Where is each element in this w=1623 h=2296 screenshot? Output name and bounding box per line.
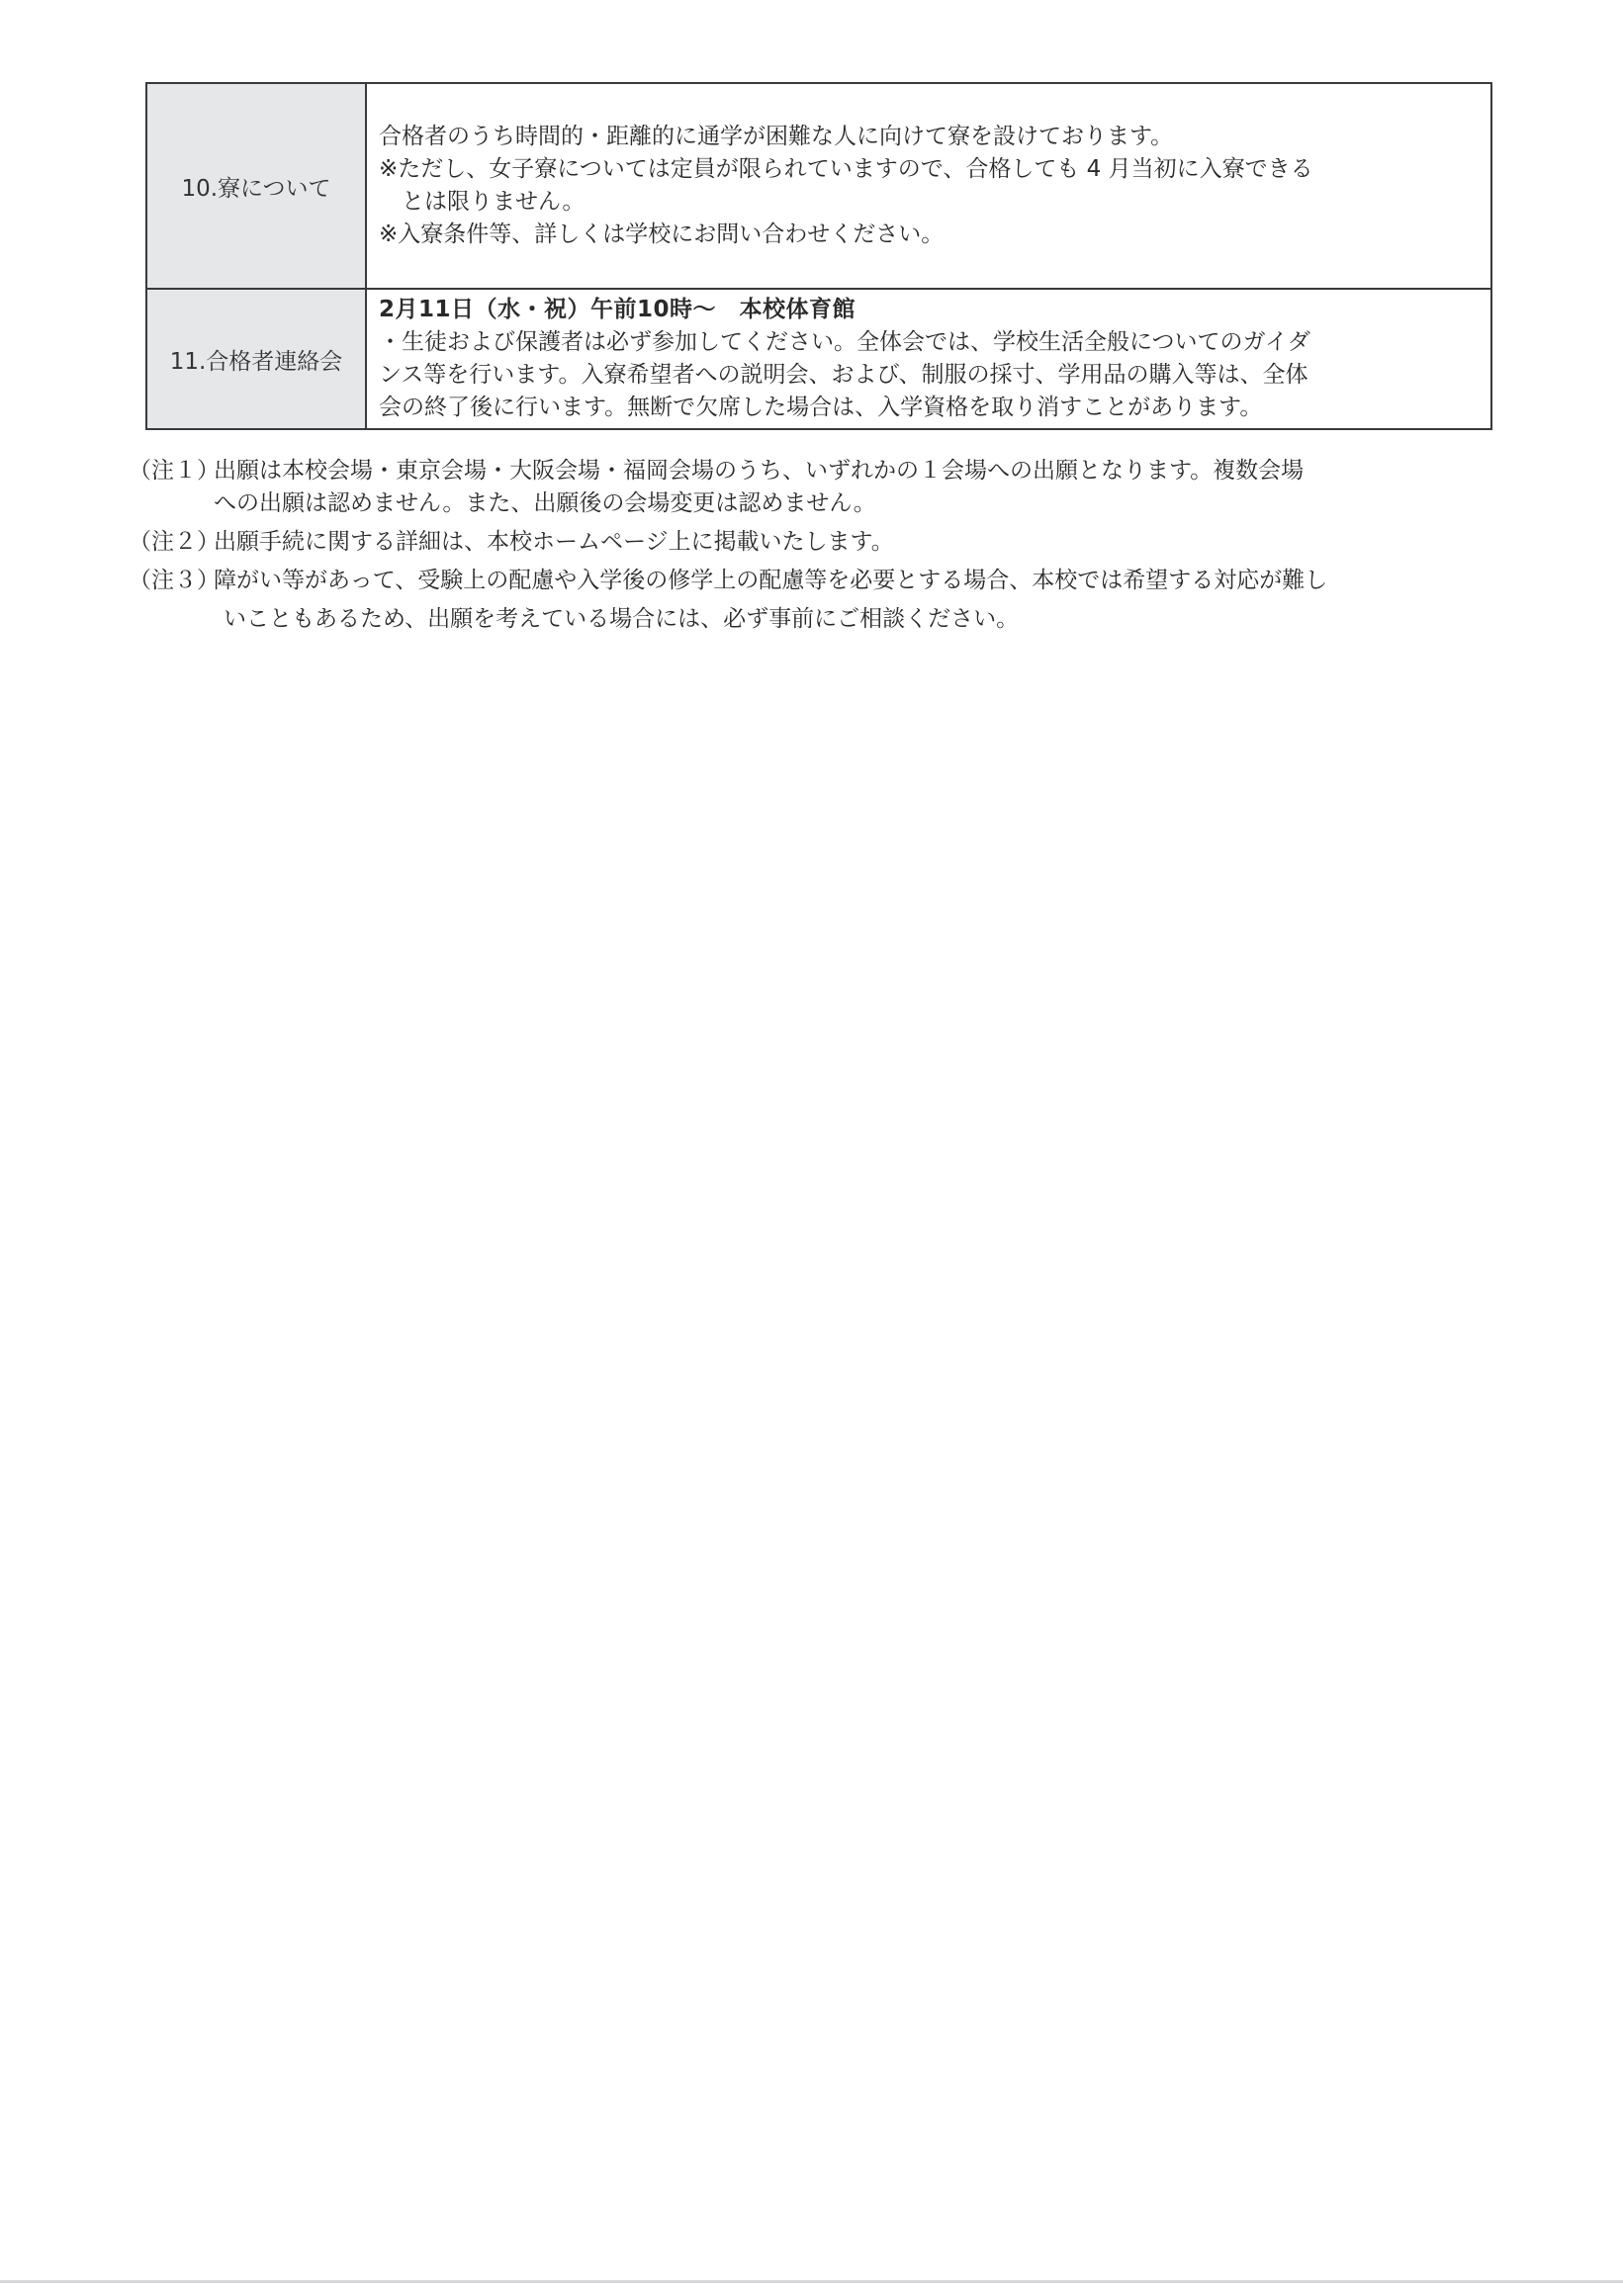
table-row-orientation-meeting: 11.合格者連絡会 2月11日（水・祝）午前10時～ 本校体育館 ・生徒および保… [146, 289, 1491, 429]
row-label-dormitory: 10.寮について [146, 83, 366, 289]
row-content-orientation-meeting: 2月11日（水・祝）午前10時～ 本校体育館 ・生徒および保護者は必ず参加してく… [366, 289, 1491, 429]
footnote-3: （注３） 障がい等があって、受験上の配慮や入学後の修学上の配慮等を必要とする場合… [129, 565, 1513, 636]
footnote-body: 障がい等があって、受験上の配慮や入学後の修学上の配慮等を必要とする場合、本校では… [214, 565, 1513, 636]
footnotes: （注１） 出願は本校会場・東京会場・大阪会場・福岡会場のうち、いずれかの１会場へ… [129, 455, 1513, 642]
document-page: 10.寮について 合格者のうち時間的・距離的に通学が困難な人に向けて寮を設けてお… [0, 0, 1623, 2296]
meeting-line-1: ・生徒および保護者は必ず参加してください。全体会では、学校生活全般についてのガイ… [379, 326, 1477, 359]
meeting-date-heading: 2月11日（水・祝）午前10時～ 本校体育館 [379, 294, 1477, 326]
footnote-2: （注２） 出願手続に関する詳細は、本校ホームページ上に掲載いたします。 [129, 526, 1513, 559]
footnote-body: 出願は本校会場・東京会場・大阪会場・福岡会場のうち、いずれかの１会場への出願とな… [214, 455, 1513, 520]
meeting-line-3: 会の終了後に行います。無断で欠席した場合は、入学資格を取り消すことがあります。 [379, 392, 1477, 424]
row-label-orientation-meeting: 11.合格者連絡会 [146, 289, 366, 429]
table-row-dormitory: 10.寮について 合格者のうち時間的・距離的に通学が困難な人に向けて寮を設けてお… [146, 83, 1491, 289]
dorm-line-3: とは限りません。 [379, 186, 1477, 219]
footnote-line: 出願手続に関する詳細は、本校ホームページ上に掲載いたします。 [214, 526, 1513, 559]
footnote-marker: （注３） [129, 565, 214, 636]
footnote-line: いこともあるため、出願を考えている場合には、必ず事前にご相談ください。 [214, 603, 1513, 636]
meeting-line-2: ンス等を行います。入寮希望者への説明会、および、制服の採寸、学用品の購入等は、全… [379, 359, 1477, 392]
footnote-line: 出願は本校会場・東京会場・大阪会場・福岡会場のうち、いずれかの１会場への出願とな… [214, 455, 1513, 487]
footnote-marker: （注１） [129, 455, 214, 520]
dorm-line-2: ※ただし、女子寮については定員が限られていますので、合格しても 4 月当初に入寮… [379, 153, 1477, 186]
footnote-body: 出願手続に関する詳細は、本校ホームページ上に掲載いたします。 [214, 526, 1513, 559]
footnote-line: 障がい等があって、受験上の配慮や入学後の修学上の配慮等を必要とする場合、本校では… [214, 565, 1513, 597]
row-content-dormitory: 合格者のうち時間的・距離的に通学が困難な人に向けて寮を設けております。 ※ただし… [366, 83, 1491, 289]
dorm-line-4: ※入寮条件等、詳しくは学校にお問い合わせください。 [379, 219, 1477, 251]
footnote-1: （注１） 出願は本校会場・東京会場・大阪会場・福岡会場のうち、いずれかの１会場へ… [129, 455, 1513, 520]
footnote-marker: （注２） [129, 526, 214, 559]
dorm-line-1: 合格者のうち時間的・距離的に通学が困難な人に向けて寮を設けております。 [379, 121, 1477, 153]
admissions-info-table: 10.寮について 合格者のうち時間的・距離的に通学が困難な人に向けて寮を設けてお… [145, 82, 1492, 430]
scan-edge-line [0, 2280, 1623, 2283]
footnote-line: への出願は認めません。また、出願後の会場変更は認めません。 [214, 487, 1513, 520]
